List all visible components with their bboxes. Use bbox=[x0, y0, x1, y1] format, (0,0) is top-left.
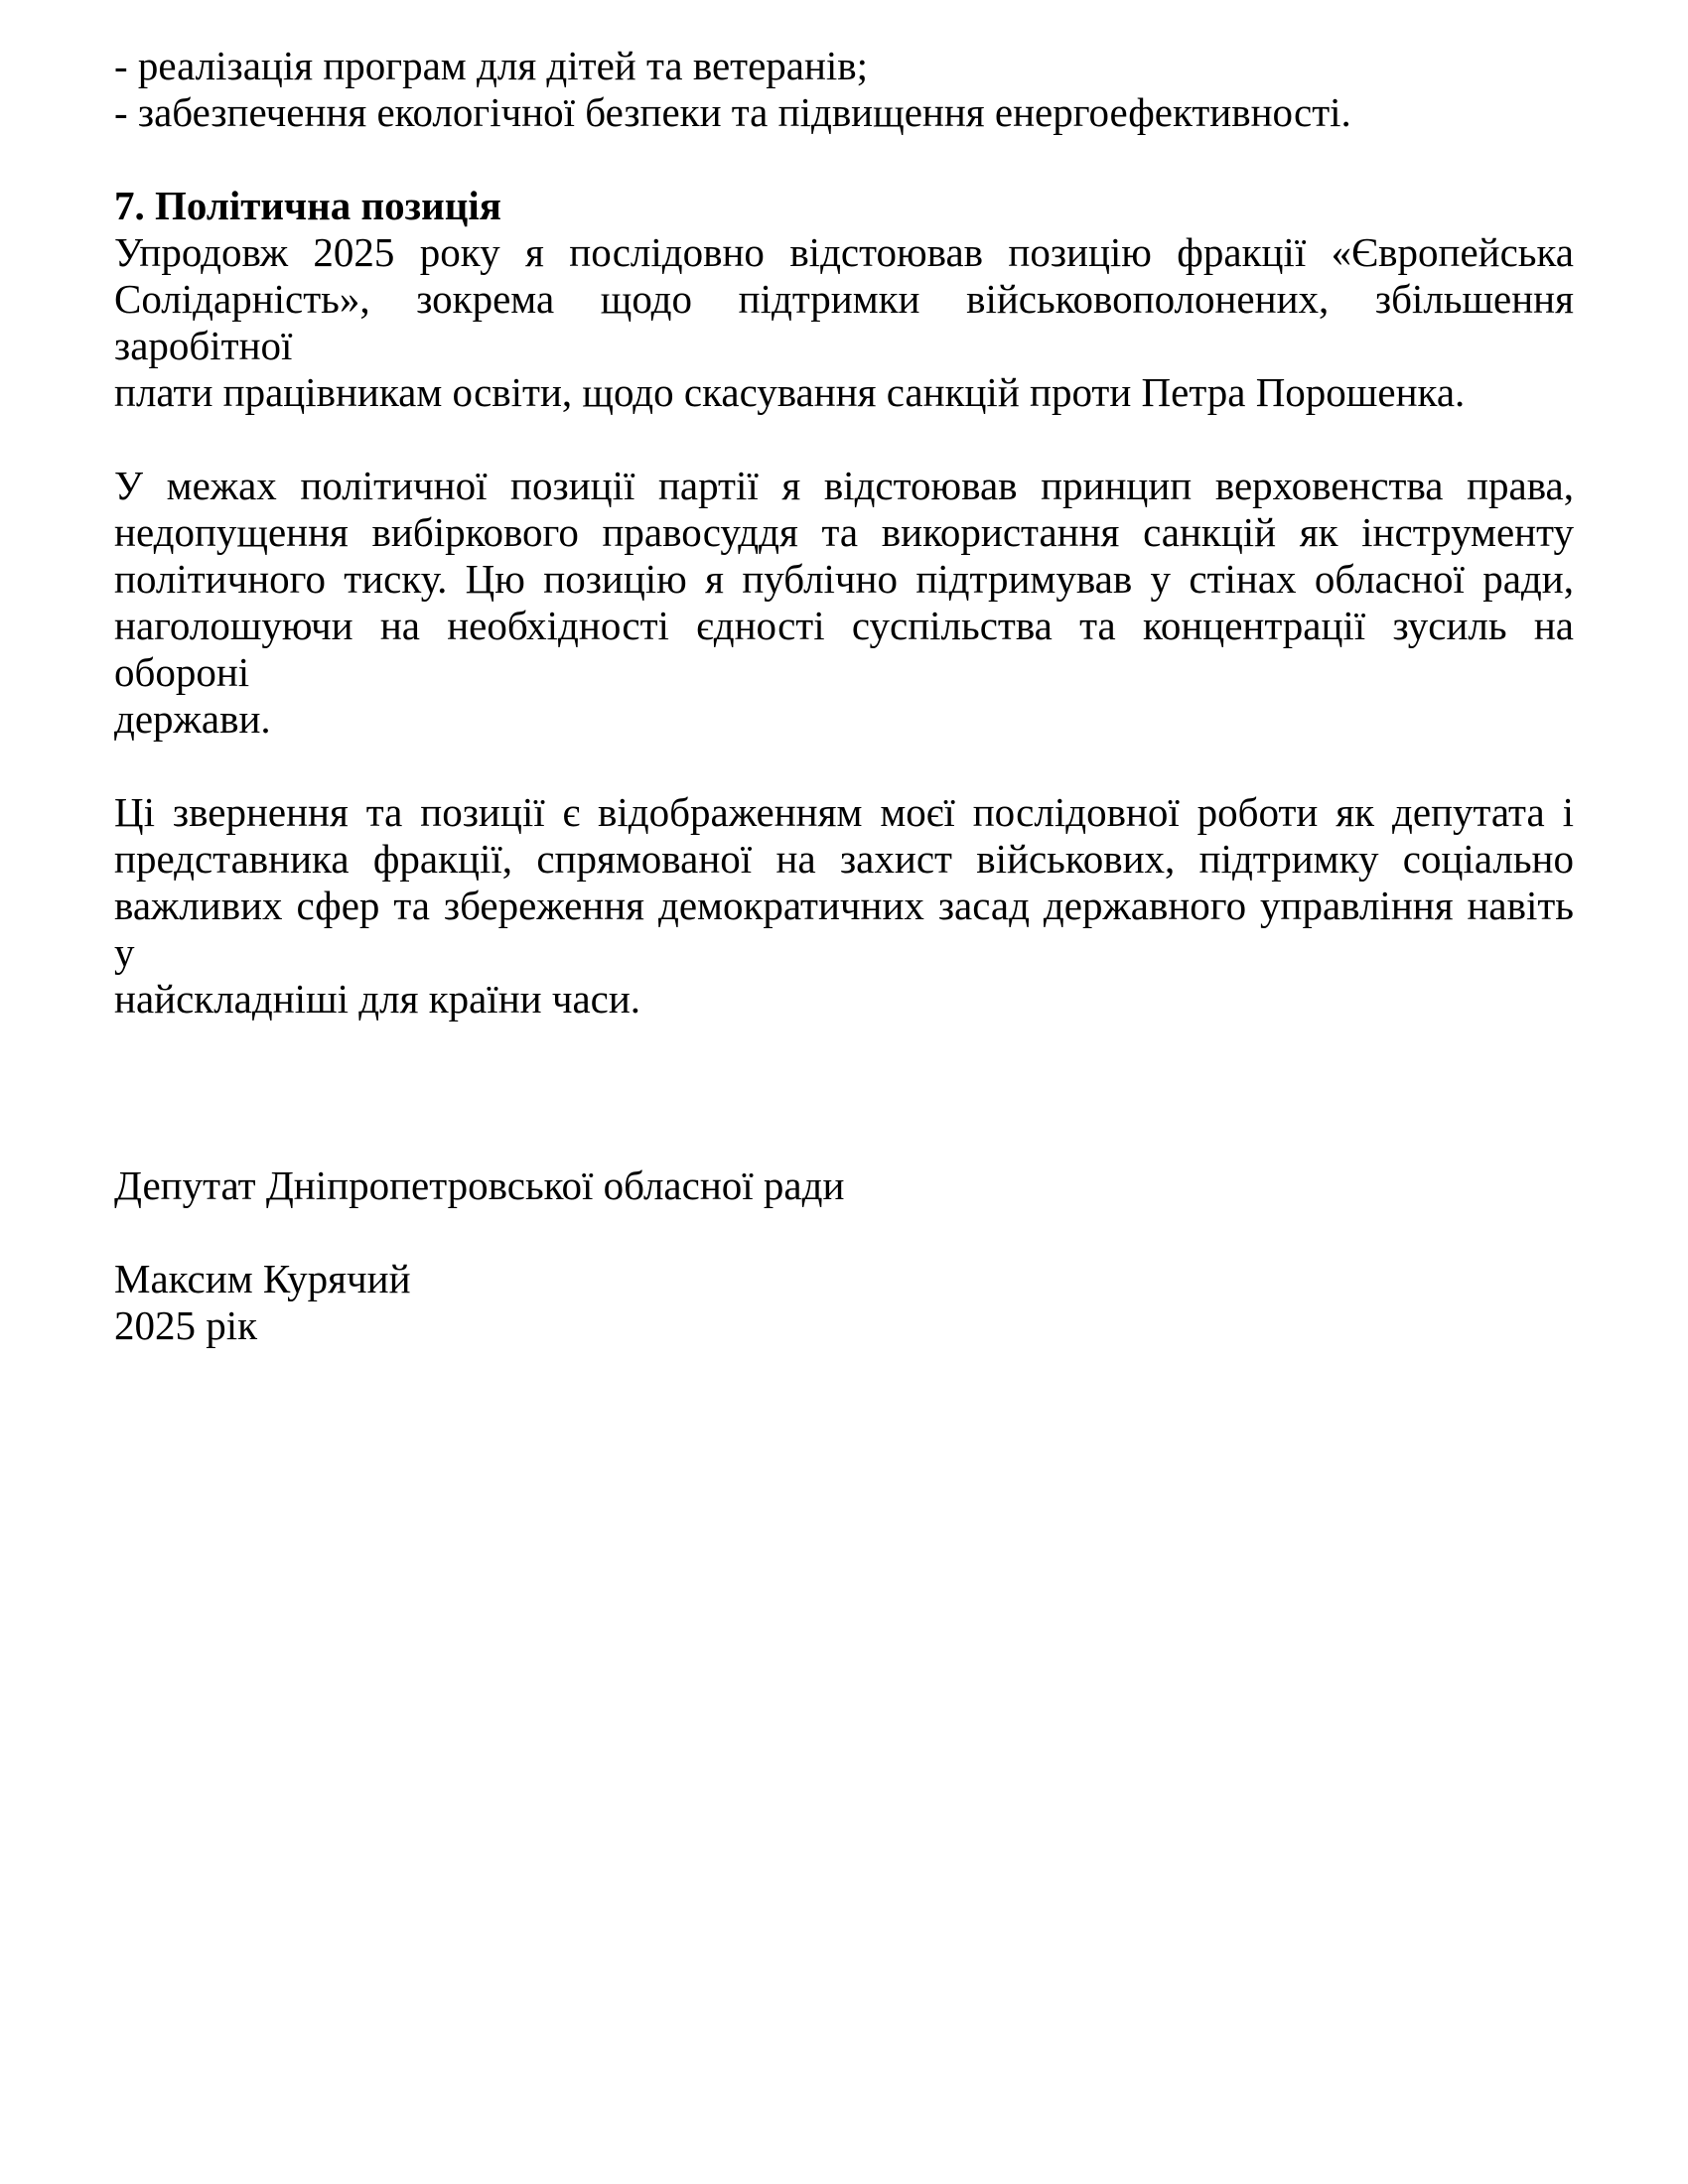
paragraph-line: найскладніші для країни часи. bbox=[114, 976, 1574, 1023]
spacer bbox=[114, 1209, 1574, 1256]
signature-name: Максим Курячий bbox=[114, 1256, 1574, 1302]
spacer bbox=[114, 743, 1574, 789]
section-heading: 7. Політична позиція bbox=[114, 183, 1574, 229]
spacer bbox=[114, 416, 1574, 463]
signature-position: Депутат Дніпропетровської обласної ради bbox=[114, 1162, 1574, 1209]
paragraph-line: важливих сфер та збереження демократични… bbox=[114, 883, 1574, 976]
paragraph-line: держави. bbox=[114, 696, 1574, 743]
bullet-line: - реалізація програм для дітей та ветера… bbox=[114, 43, 1574, 89]
paragraph-line: У межах політичної позиції партії я відс… bbox=[114, 463, 1574, 509]
signature-year: 2025 рік bbox=[114, 1302, 1574, 1349]
bullet-line: - забезпечення екологічної безпеки та пі… bbox=[114, 89, 1574, 136]
paragraph-line: недопущення вибіркового правосуддя та ви… bbox=[114, 509, 1574, 556]
spacer bbox=[114, 1023, 1574, 1162]
paragraph-line: наголошуючи на необхідності єдності сусп… bbox=[114, 603, 1574, 696]
paragraph-line: політичного тиску. Цю позицію я публічно… bbox=[114, 556, 1574, 603]
document-page: - реалізація програм для дітей та ветера… bbox=[0, 0, 1688, 2184]
paragraph-line: Ці звернення та позиції є відображенням … bbox=[114, 789, 1574, 836]
paragraph-line: представника фракції, спрямованої на зах… bbox=[114, 836, 1574, 883]
paragraph-line: Солідарність», зокрема щодо підтримки ві… bbox=[114, 276, 1574, 369]
paragraph-line: Упродовж 2025 року я послідовно відстоюв… bbox=[114, 229, 1574, 276]
document-body: - реалізація програм для дітей та ветера… bbox=[114, 43, 1574, 1349]
paragraph-line: плати працівникам освіти, щодо скасуванн… bbox=[114, 369, 1574, 416]
spacer bbox=[114, 136, 1574, 183]
